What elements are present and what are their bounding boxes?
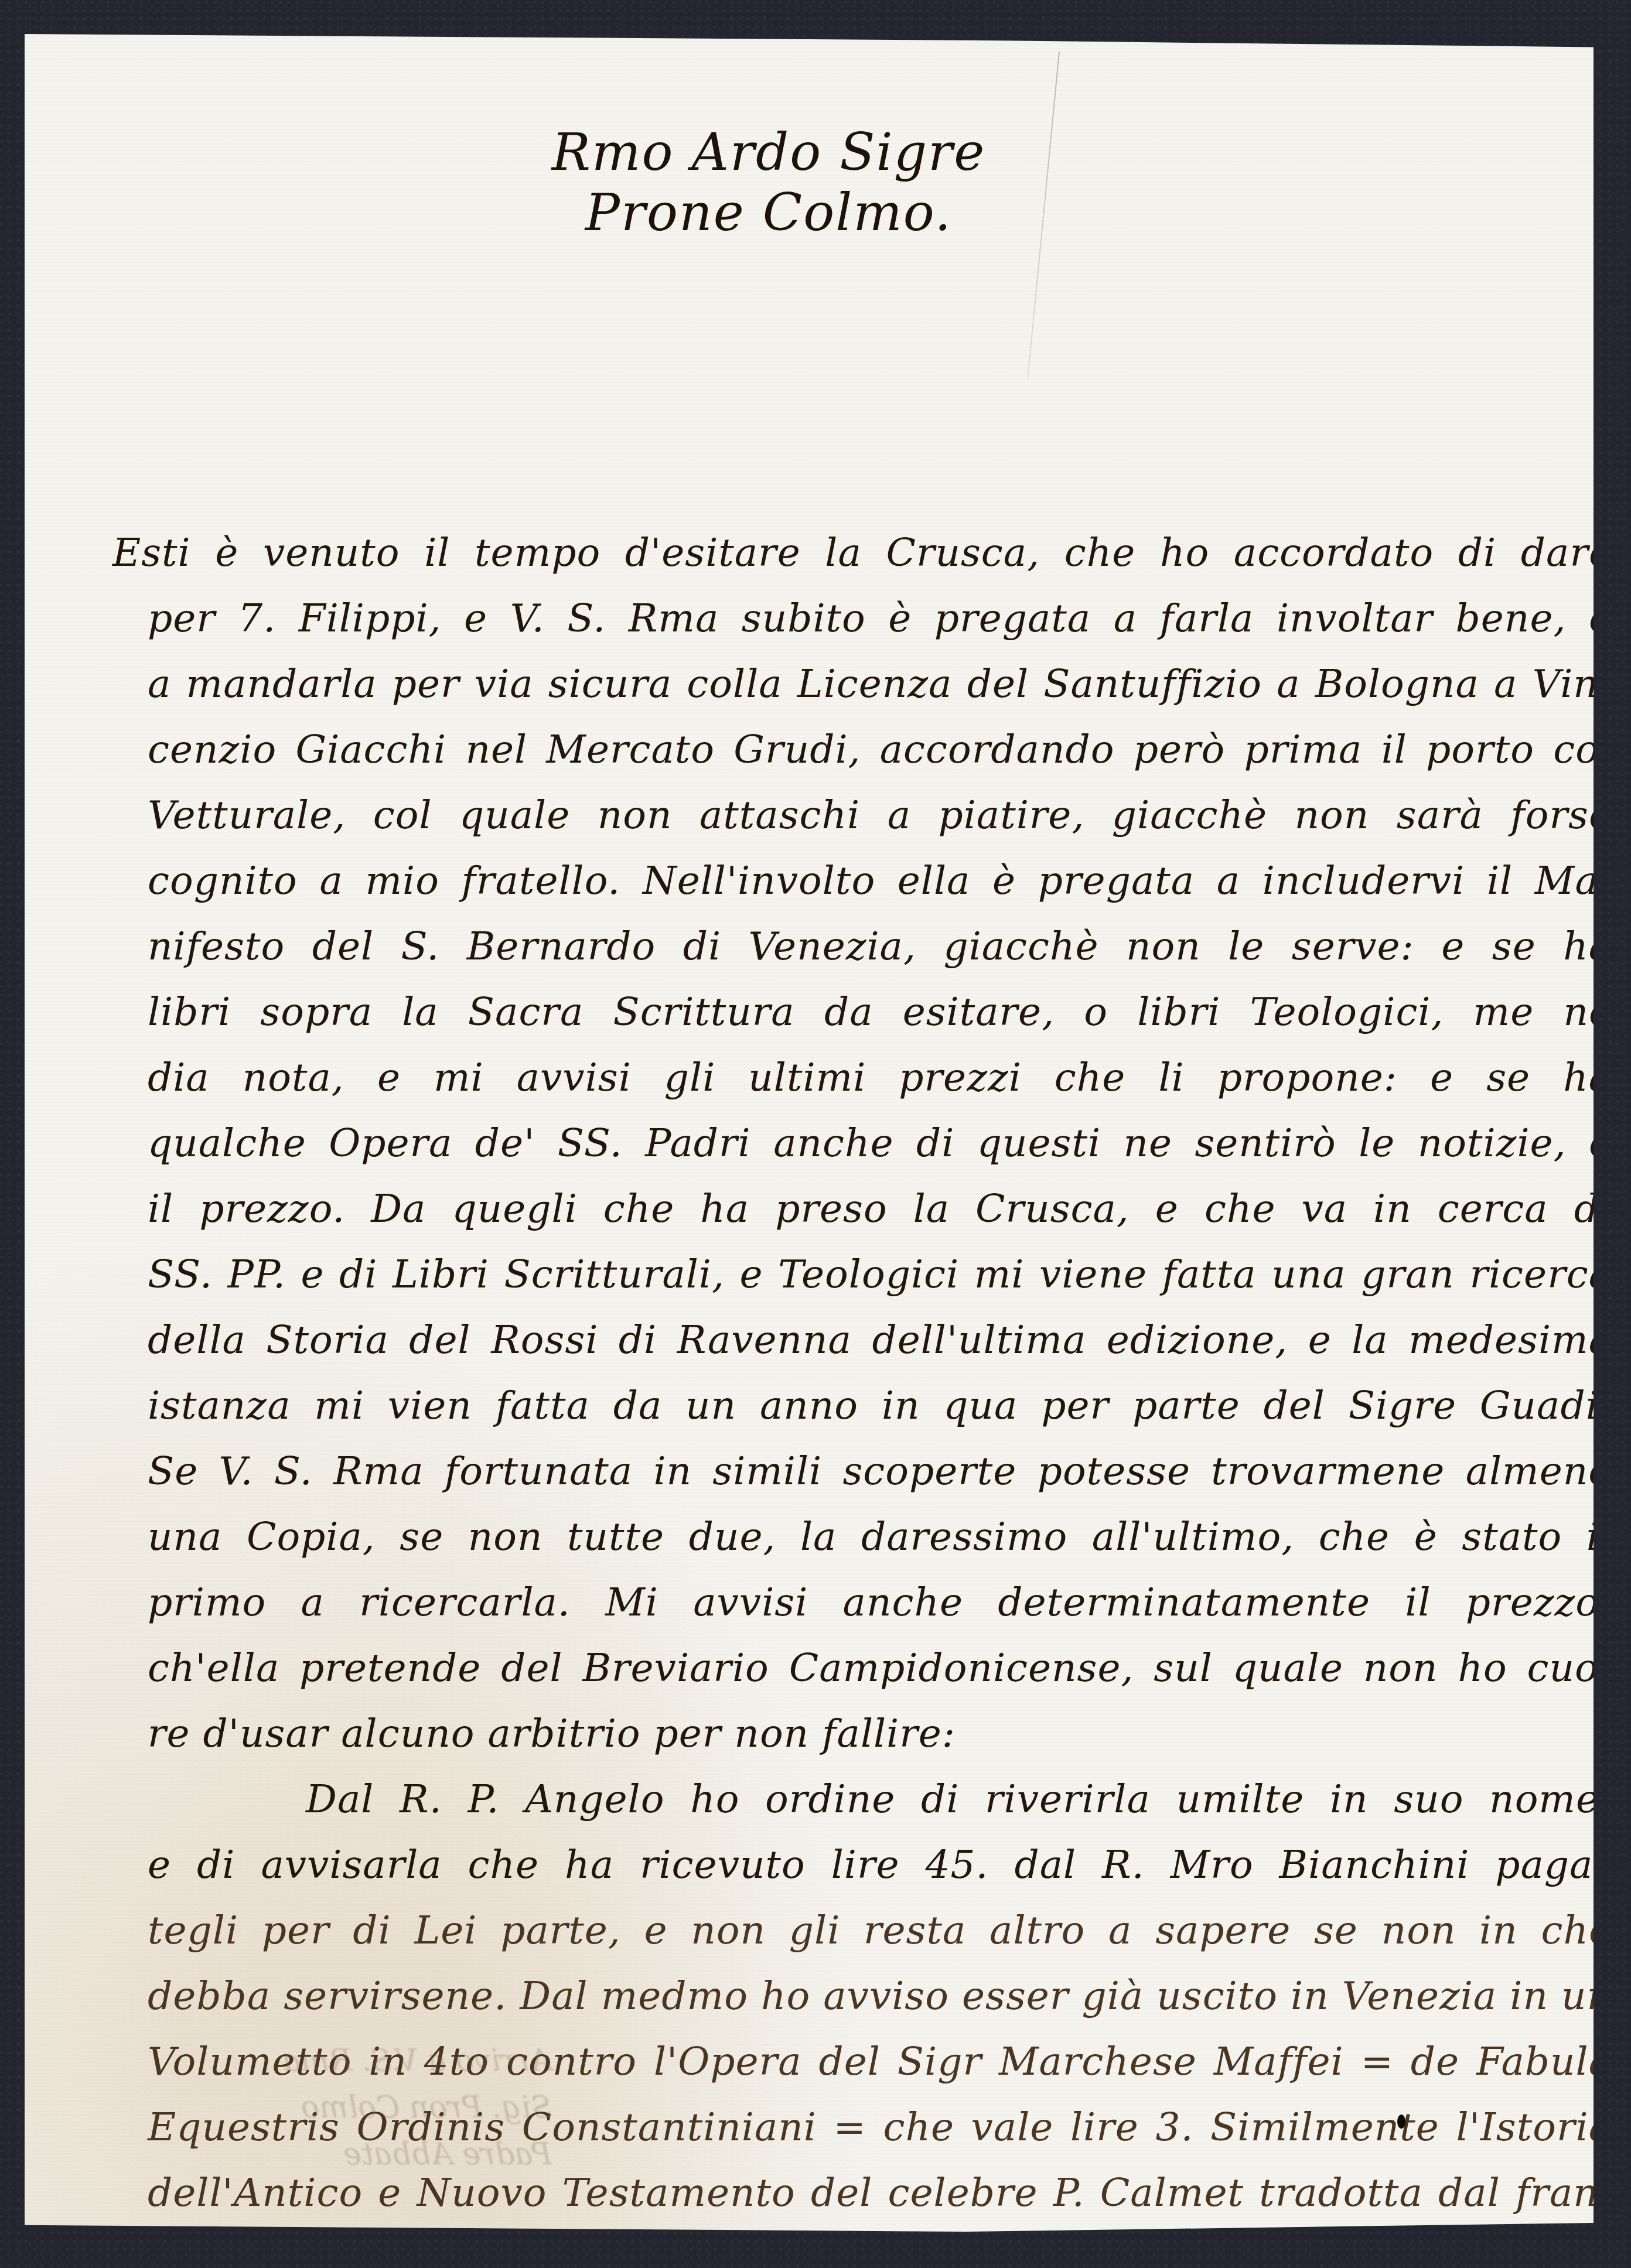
- text-line: per 7. Filippi, e V. S. Rma subito è pre…: [112, 586, 1612, 651]
- text-line: Esti è venuto il tempo d'esitare la Crus…: [112, 520, 1612, 586]
- text-line: primo a ricercarla. Mi avvisi anche dete…: [112, 1570, 1612, 1635]
- text-line: ch'ella pretende del Breviario Campidoni…: [112, 1635, 1612, 1701]
- text-line: una Copia, se non tutte due, la daressim…: [112, 1504, 1612, 1570]
- text-line: Dal R. P. Angelo ho ordine di riverirla …: [112, 1767, 1612, 1832]
- ink-blot: [1397, 2115, 1405, 2129]
- text-line: qualche Opera de' SS. Padri anche di que…: [112, 1111, 1612, 1176]
- text-line: libri sopra la Sacra Scrittura da esitar…: [112, 979, 1612, 1045]
- text-line: nifesto del S. Bernardo di Venezia, giac…: [112, 914, 1612, 979]
- text-line: tegli per di Lei parte, e non gli resta …: [112, 1898, 1612, 1963]
- text-line: della Storia del Rossi di Ravenna dell'u…: [112, 1307, 1612, 1373]
- letter-body: Esti è venuto il tempo d'esitare la Crus…: [112, 520, 1612, 2226]
- bleed-through-text: Arrivo a V.S. RmaSig. Pron ColmoPadre Ab…: [142, 2037, 552, 2190]
- letter-salutation: Rmo Ardo Sigre Prone Colmo.: [476, 122, 1062, 242]
- manuscript-page: Rmo Ardo Sigre Prone Colmo. Esti è venut…: [25, 34, 1594, 2232]
- text-line: Se V. S. Rma fortunata in simili scopert…: [112, 1439, 1612, 1504]
- text-line: e di avvisarla che ha ricevuto lire 45. …: [112, 1832, 1612, 1898]
- text-line: re d'usar alcuno arbitrio per non fallir…: [112, 1701, 1612, 1767]
- text-line: il prezzo. Da quegli che ha preso la Cru…: [112, 1176, 1612, 1242]
- text-line: SS. PP. e di Libri Scritturali, e Teolog…: [112, 1242, 1612, 1307]
- text-line: cognito a mio fratello. Nell'involto ell…: [112, 848, 1612, 914]
- text-line: debba servirsene. Dal medmo ho avviso es…: [112, 1963, 1612, 2029]
- text-line: a mandarla per via sicura colla Licenza …: [112, 651, 1612, 717]
- text-line: dia nota, e mi avvisi gli ultimi prezzi …: [112, 1045, 1612, 1111]
- text-line: cenzio Giacchi nel Mercato Grudi, accord…: [112, 717, 1612, 783]
- text-line: Vetturale, col quale non attaschi a piat…: [112, 783, 1612, 848]
- paragraph-1: Esti è venuto il tempo d'esitare la Crus…: [112, 520, 1612, 1767]
- text-line: istanza mi vien fatta da un anno in qua …: [112, 1373, 1612, 1439]
